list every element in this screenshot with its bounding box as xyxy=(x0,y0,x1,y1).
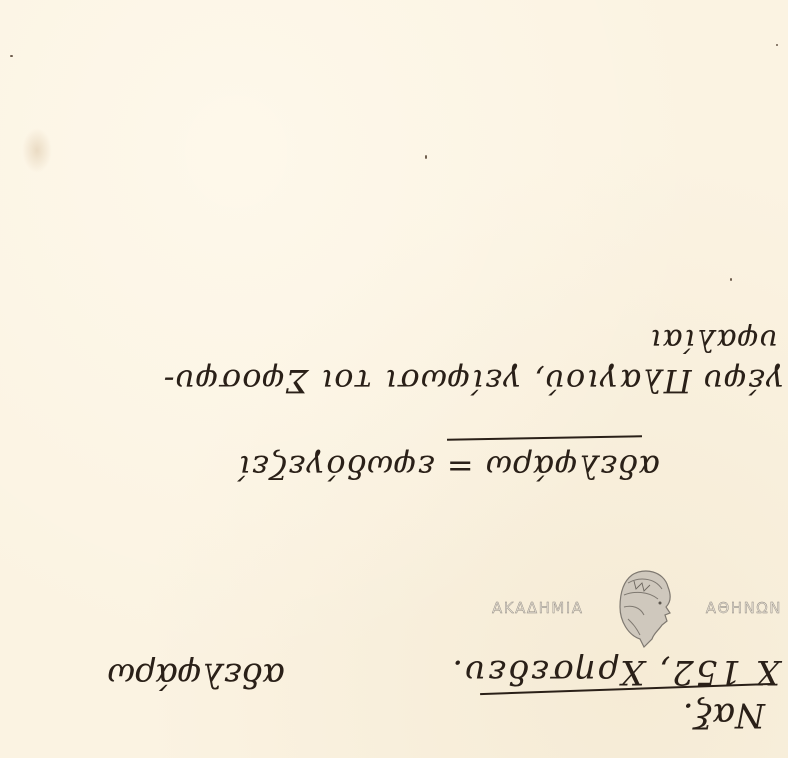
handwritten-line-1: υφαλίαι xyxy=(548,322,778,357)
paper-stain xyxy=(22,128,52,173)
handwritten-line-2: γέφυ Πλαγιού, γείφωσι τοι Σφοσφυ- xyxy=(25,362,785,400)
watermark-right-text: ΑΘΗΝΩΝ xyxy=(706,599,782,617)
handwritten-line-3: αδελφάρω = εφωδόγεζεί xyxy=(270,448,660,486)
paper-speck xyxy=(730,278,732,281)
reference-place: Ναξ. xyxy=(585,695,765,735)
paper-speck xyxy=(776,44,778,46)
watermark-left-text: ΑΚΑΔΗΜΙΑ xyxy=(492,599,584,617)
paper-speck xyxy=(425,155,427,159)
headword-signature: αδελφάρω xyxy=(120,655,285,695)
paper-speck xyxy=(10,55,13,57)
athena-helmet-head-icon xyxy=(614,569,676,647)
academy-watermark: ΑΚΑΔΗΜΙΑ ΑΘΗΝΩΝ xyxy=(492,565,782,650)
